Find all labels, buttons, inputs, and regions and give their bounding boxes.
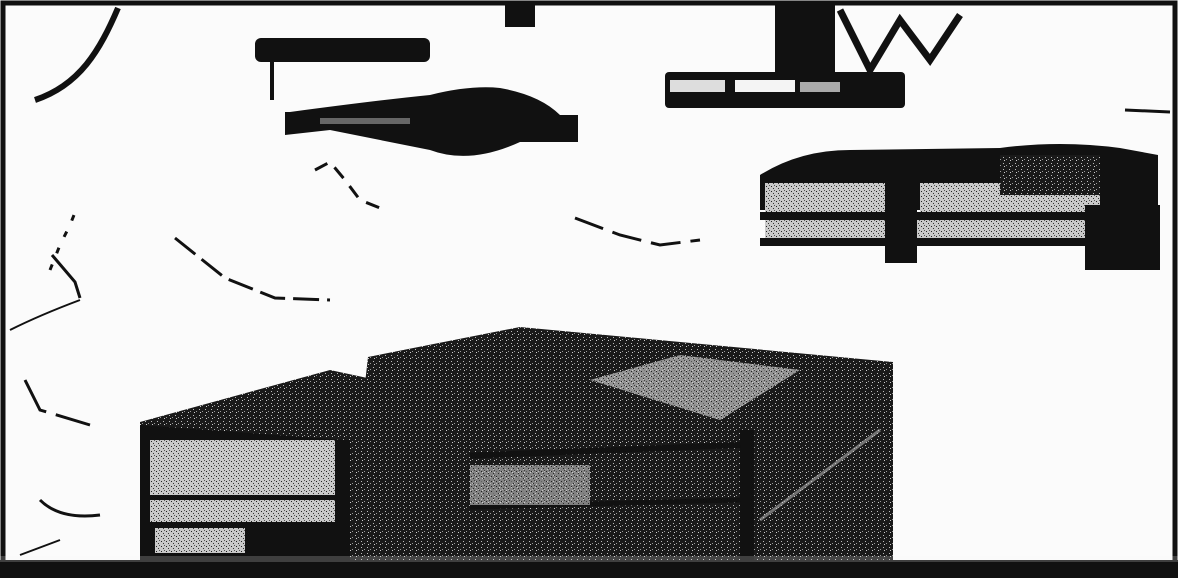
background-post [505, 5, 535, 27]
background-stand [775, 5, 835, 80]
ground-strip [0, 560, 1178, 578]
snow-hives-photo [0, 0, 1178, 578]
photo-frame [0, 0, 1178, 578]
